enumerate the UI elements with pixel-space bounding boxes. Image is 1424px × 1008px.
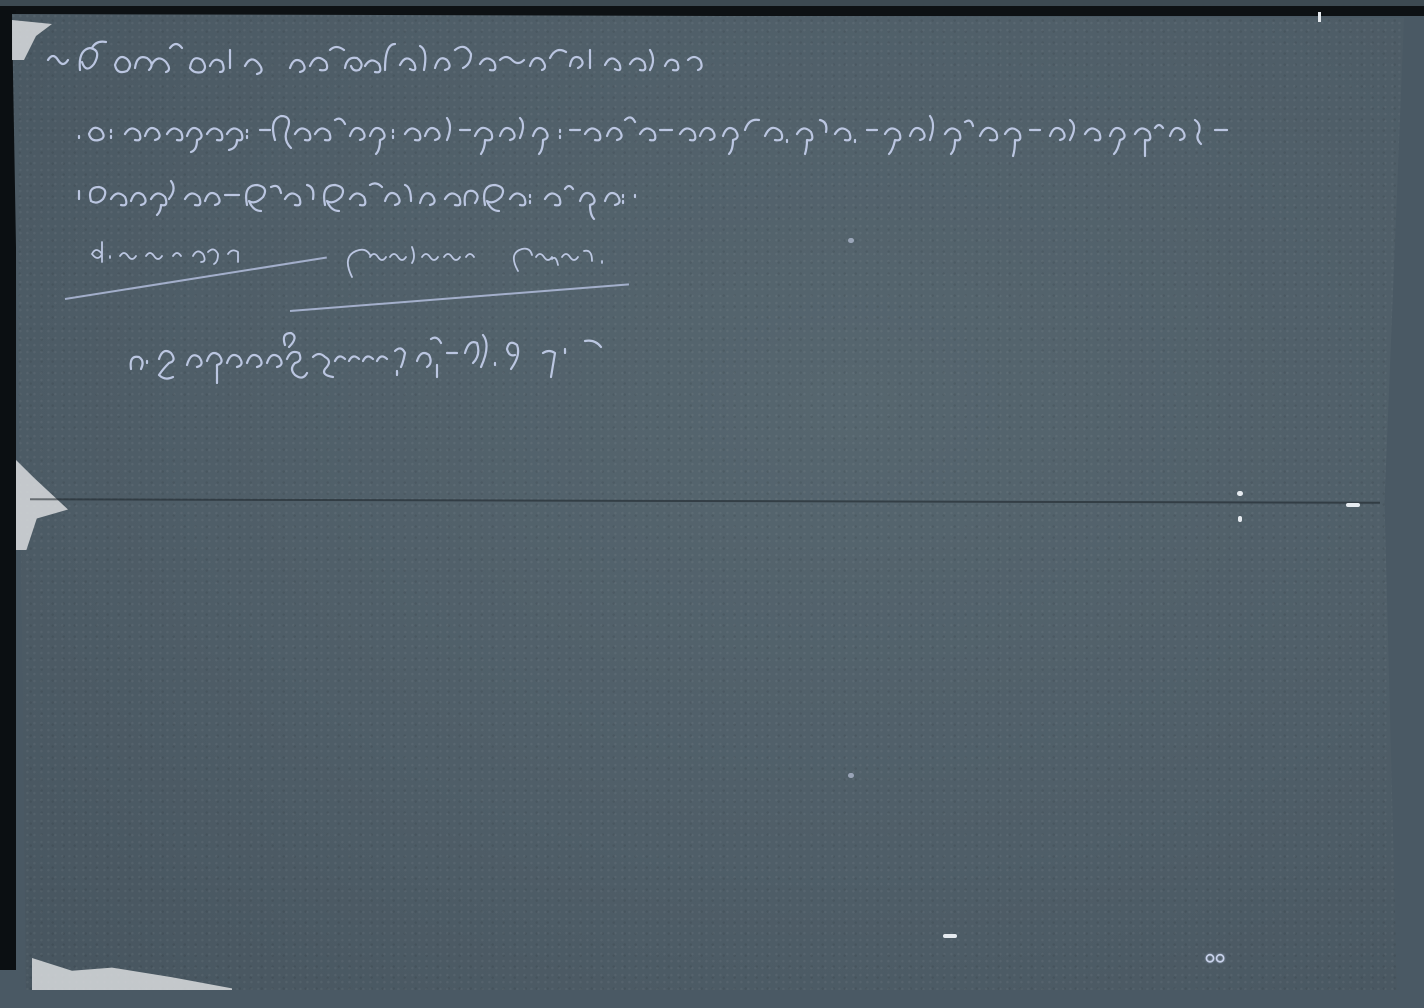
speck [1346, 503, 1360, 507]
handwritten-line-2: သုံးလောကထွတ်ထား-ရှင်တော်ဘုရားသခင်-ဂုဏ်ကျ… [75, 100, 1415, 160]
handwriting-strokes [125, 325, 725, 395]
page-number-text: ၀၀ [1205, 946, 1225, 967]
speck [1318, 12, 1321, 22]
handwritten-line-5: ကဏ္ဍဘုဂေါဗိန္ဒာကျိုက်-ပါ-၉၂၈ [125, 325, 725, 395]
shadow-edge-left [0, 10, 16, 970]
handwritten-line-1: ဆည်းလည်းပါ ဝါင်းသည်ကျော်ကိုကြိုးသားပေတ်သ… [40, 30, 730, 85]
handwriting-strokes [340, 235, 640, 285]
handwritten-line-4a: ဖုံးလောကဓွတ် [88, 232, 278, 272]
handwriting-strokes [75, 165, 855, 225]
handwriting-strokes [88, 232, 278, 272]
speck [943, 934, 957, 938]
handwritten-line-3: ဝေဘာရုပ်ဝယ်-မြတ်မြတ်ကြီးမနှင့်မြင်းထံဆွေ… [75, 165, 855, 225]
handwriting-strokes [75, 100, 1415, 160]
speck [1237, 491, 1243, 496]
speck [848, 238, 854, 243]
page-number-mark: ၀၀ [1205, 944, 1225, 971]
speck [1238, 516, 1242, 522]
handwriting-strokes [40, 30, 730, 85]
handwritten-line-4b: လောကဆောင်ကျော် [340, 235, 640, 285]
speck [848, 773, 854, 778]
shadow-edge-top [0, 6, 1424, 16]
